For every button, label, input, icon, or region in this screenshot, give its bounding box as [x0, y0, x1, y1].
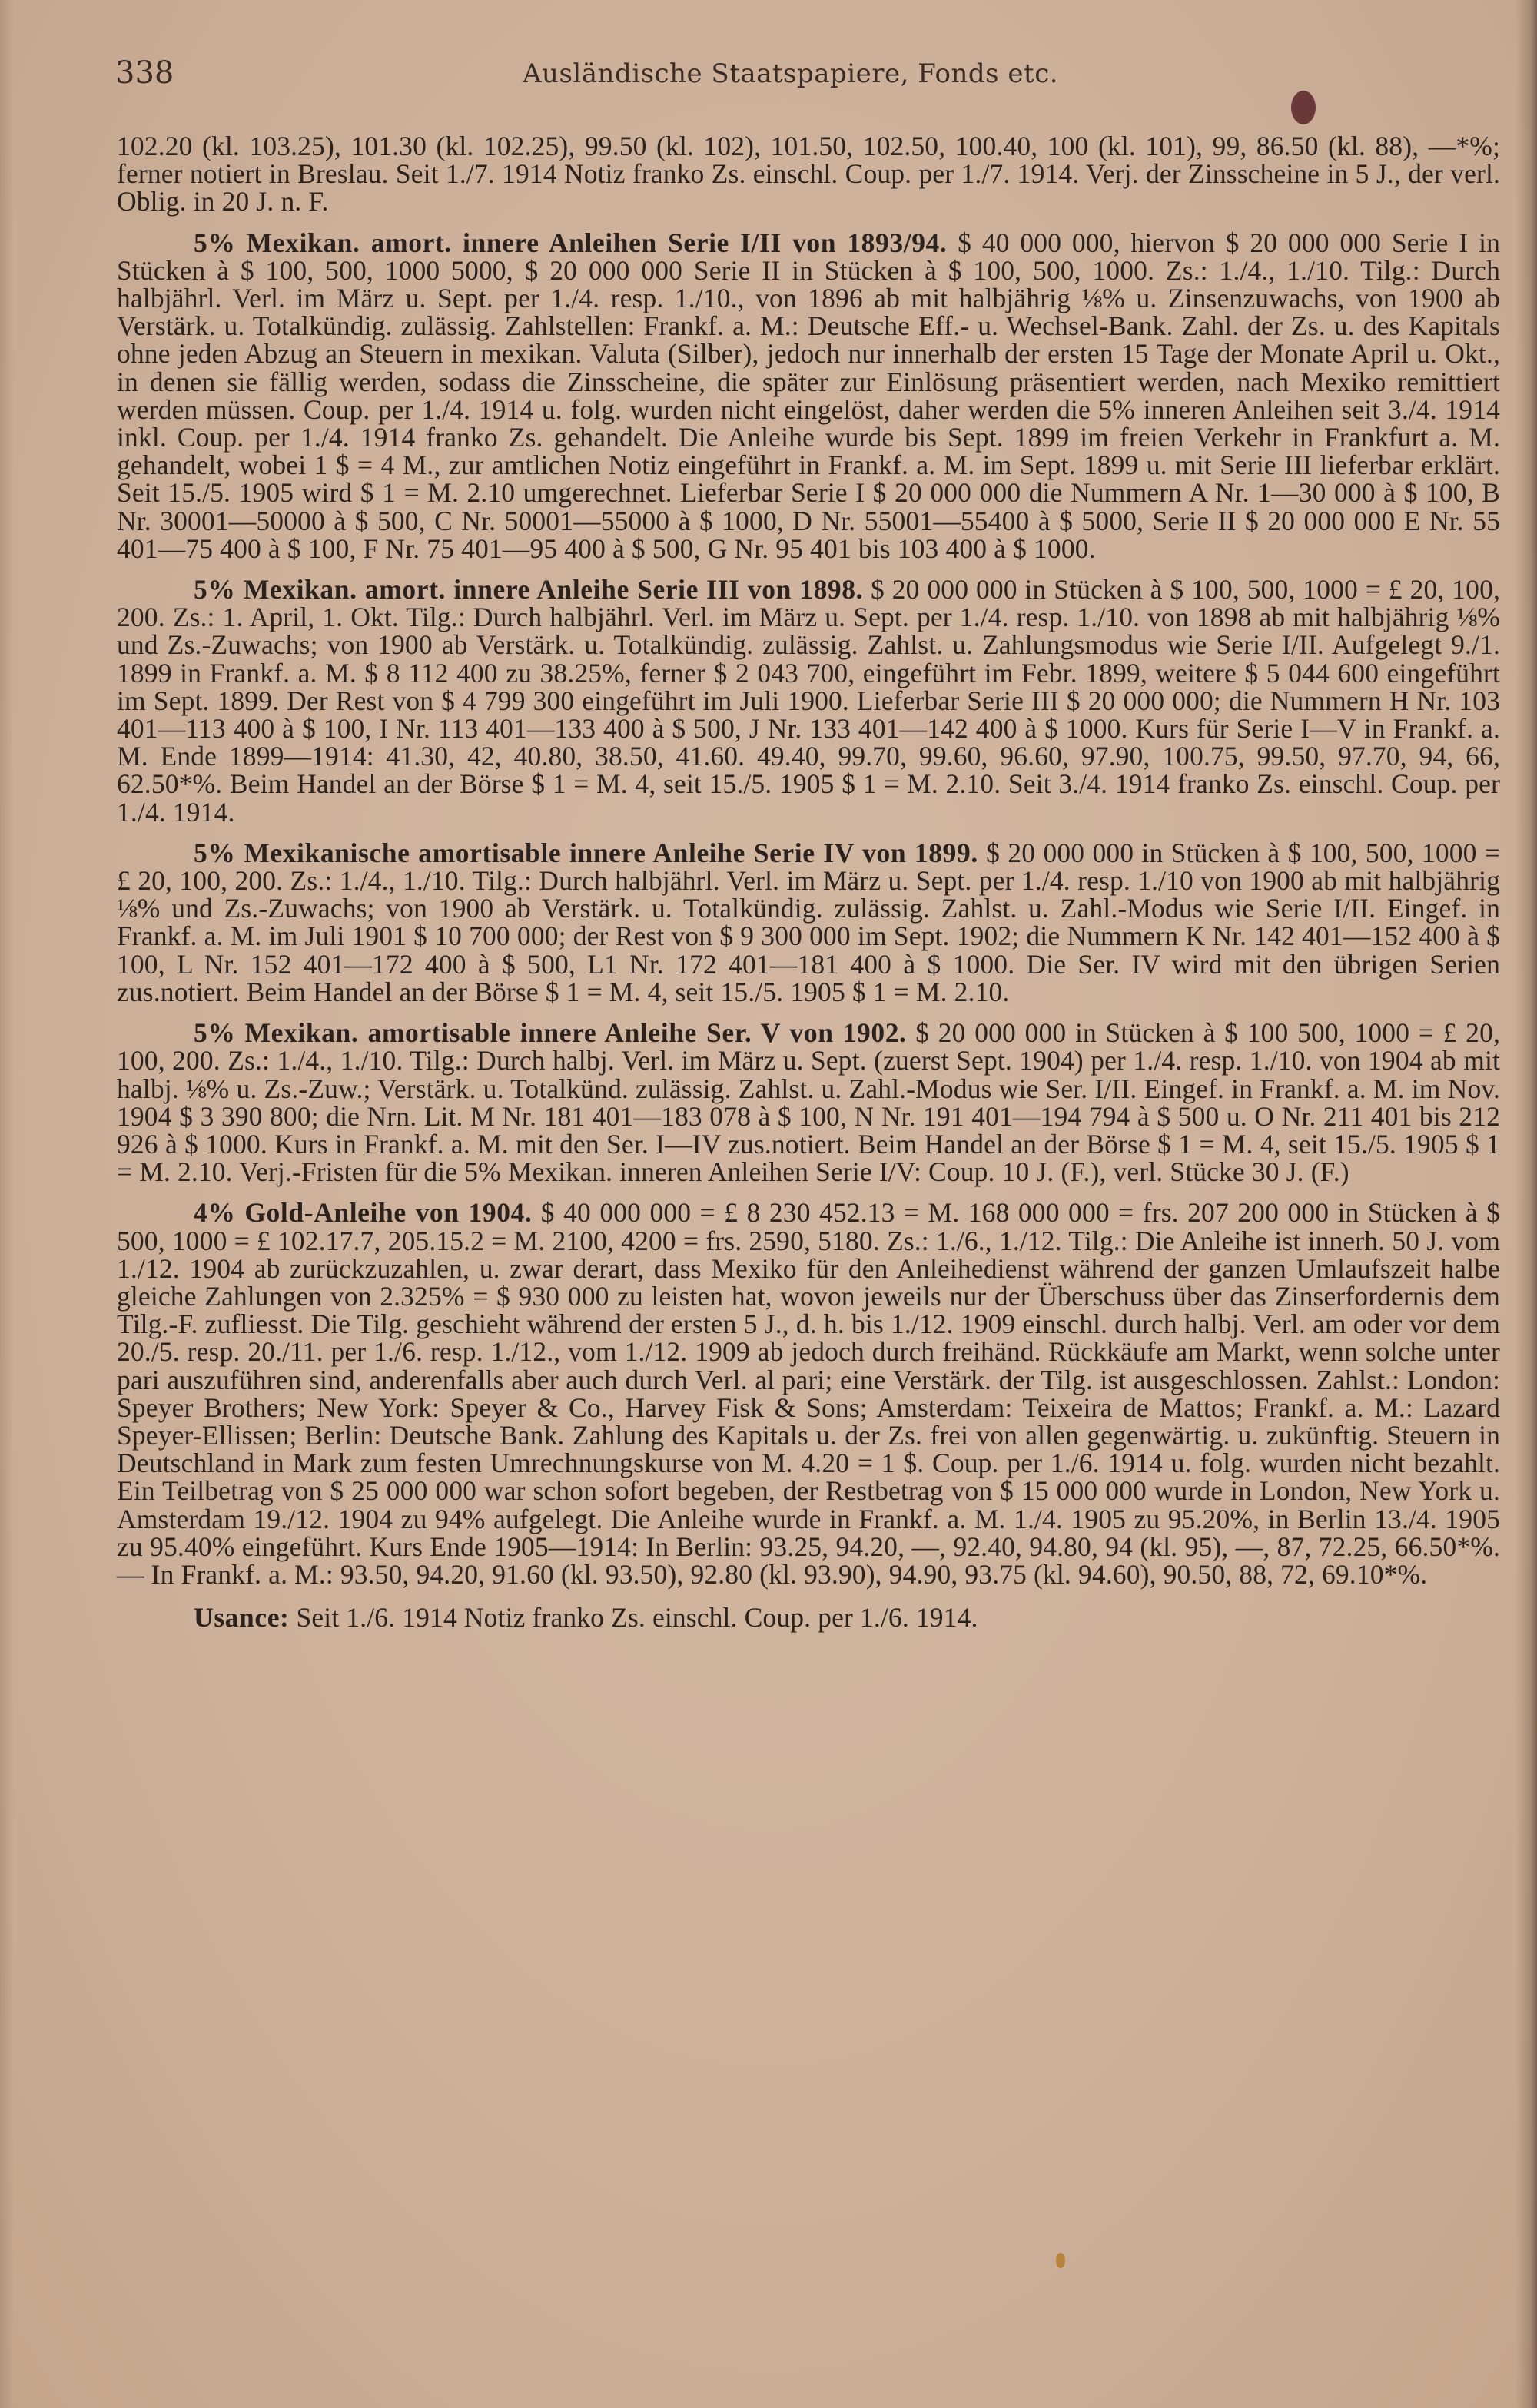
usance-note: Usance: Seit 1./6. 1914 Notiz franko Zs.…: [117, 1604, 1500, 1631]
page-edge-shadow: [1515, 0, 1537, 2408]
entry-text: $ 20 000 000 in Stücken à $ 100, 500, 10…: [117, 574, 1500, 828]
page-header: 338 Ausländische Staatspapiere, Fonds et…: [115, 55, 1499, 94]
book-page: 338 Ausländische Staatspapiere, Fonds et…: [0, 0, 1537, 2408]
running-head: Ausländische Staatspapiere, Fonds etc.: [523, 58, 1058, 89]
entry-gold-anleihe-1904: 4% Gold-Anleihe von 1904. $ 40 000 000 =…: [117, 1199, 1500, 1588]
entry-mexikan-serie-1-2: 5% Mexikan. amort. innere Anleihen Serie…: [117, 229, 1500, 562]
continuation-paragraph: 102.20 (kl. 103.25), 101.30 (kl. 102.25)…: [117, 132, 1500, 216]
page-gutter-shadow: [0, 0, 14, 2408]
entry-title: 4% Gold-Anleihe von 1904.: [194, 1197, 532, 1228]
entry-title: 5% Mexikan. amort. innere Anleihe Serie …: [194, 574, 863, 605]
paragraph-text: 102.20 (kl. 103.25), 101.30 (kl. 102.25)…: [117, 131, 1500, 217]
ink-stain: [1291, 91, 1316, 124]
entry-text: $ 40 000 000 = £ 8 230 452.13 = M. 168 0…: [117, 1197, 1500, 1590]
page-number: 338: [115, 55, 174, 91]
paper-speck: [1056, 2253, 1065, 2268]
entry-text: $ 40 000 000, hiervon $ 20 000 000 Serie…: [117, 227, 1500, 564]
entry-title: 5% Mexikan. amortisable innere Anleihe S…: [194, 1017, 907, 1048]
page-body: 102.20 (kl. 103.25), 101.30 (kl. 102.25)…: [117, 132, 1500, 1644]
entry-mexikan-serie-3: 5% Mexikan. amort. innere Anleihe Serie …: [117, 575, 1500, 826]
entry-title: 5% Mexikanische amortisable innere Anlei…: [194, 837, 978, 868]
entry-mexikan-serie-4: 5% Mexikanische amortisable innere Anlei…: [117, 839, 1500, 1006]
entry-mexikan-serie-5: 5% Mexikan. amortisable innere Anleihe S…: [117, 1019, 1500, 1186]
entry-title: 5% Mexikan. amort. innere Anleihen Serie…: [194, 227, 947, 258]
usance-label: Usance:: [194, 1602, 289, 1633]
usance-text: Seit 1./6. 1914 Notiz franko Zs. einschl…: [289, 1602, 978, 1633]
